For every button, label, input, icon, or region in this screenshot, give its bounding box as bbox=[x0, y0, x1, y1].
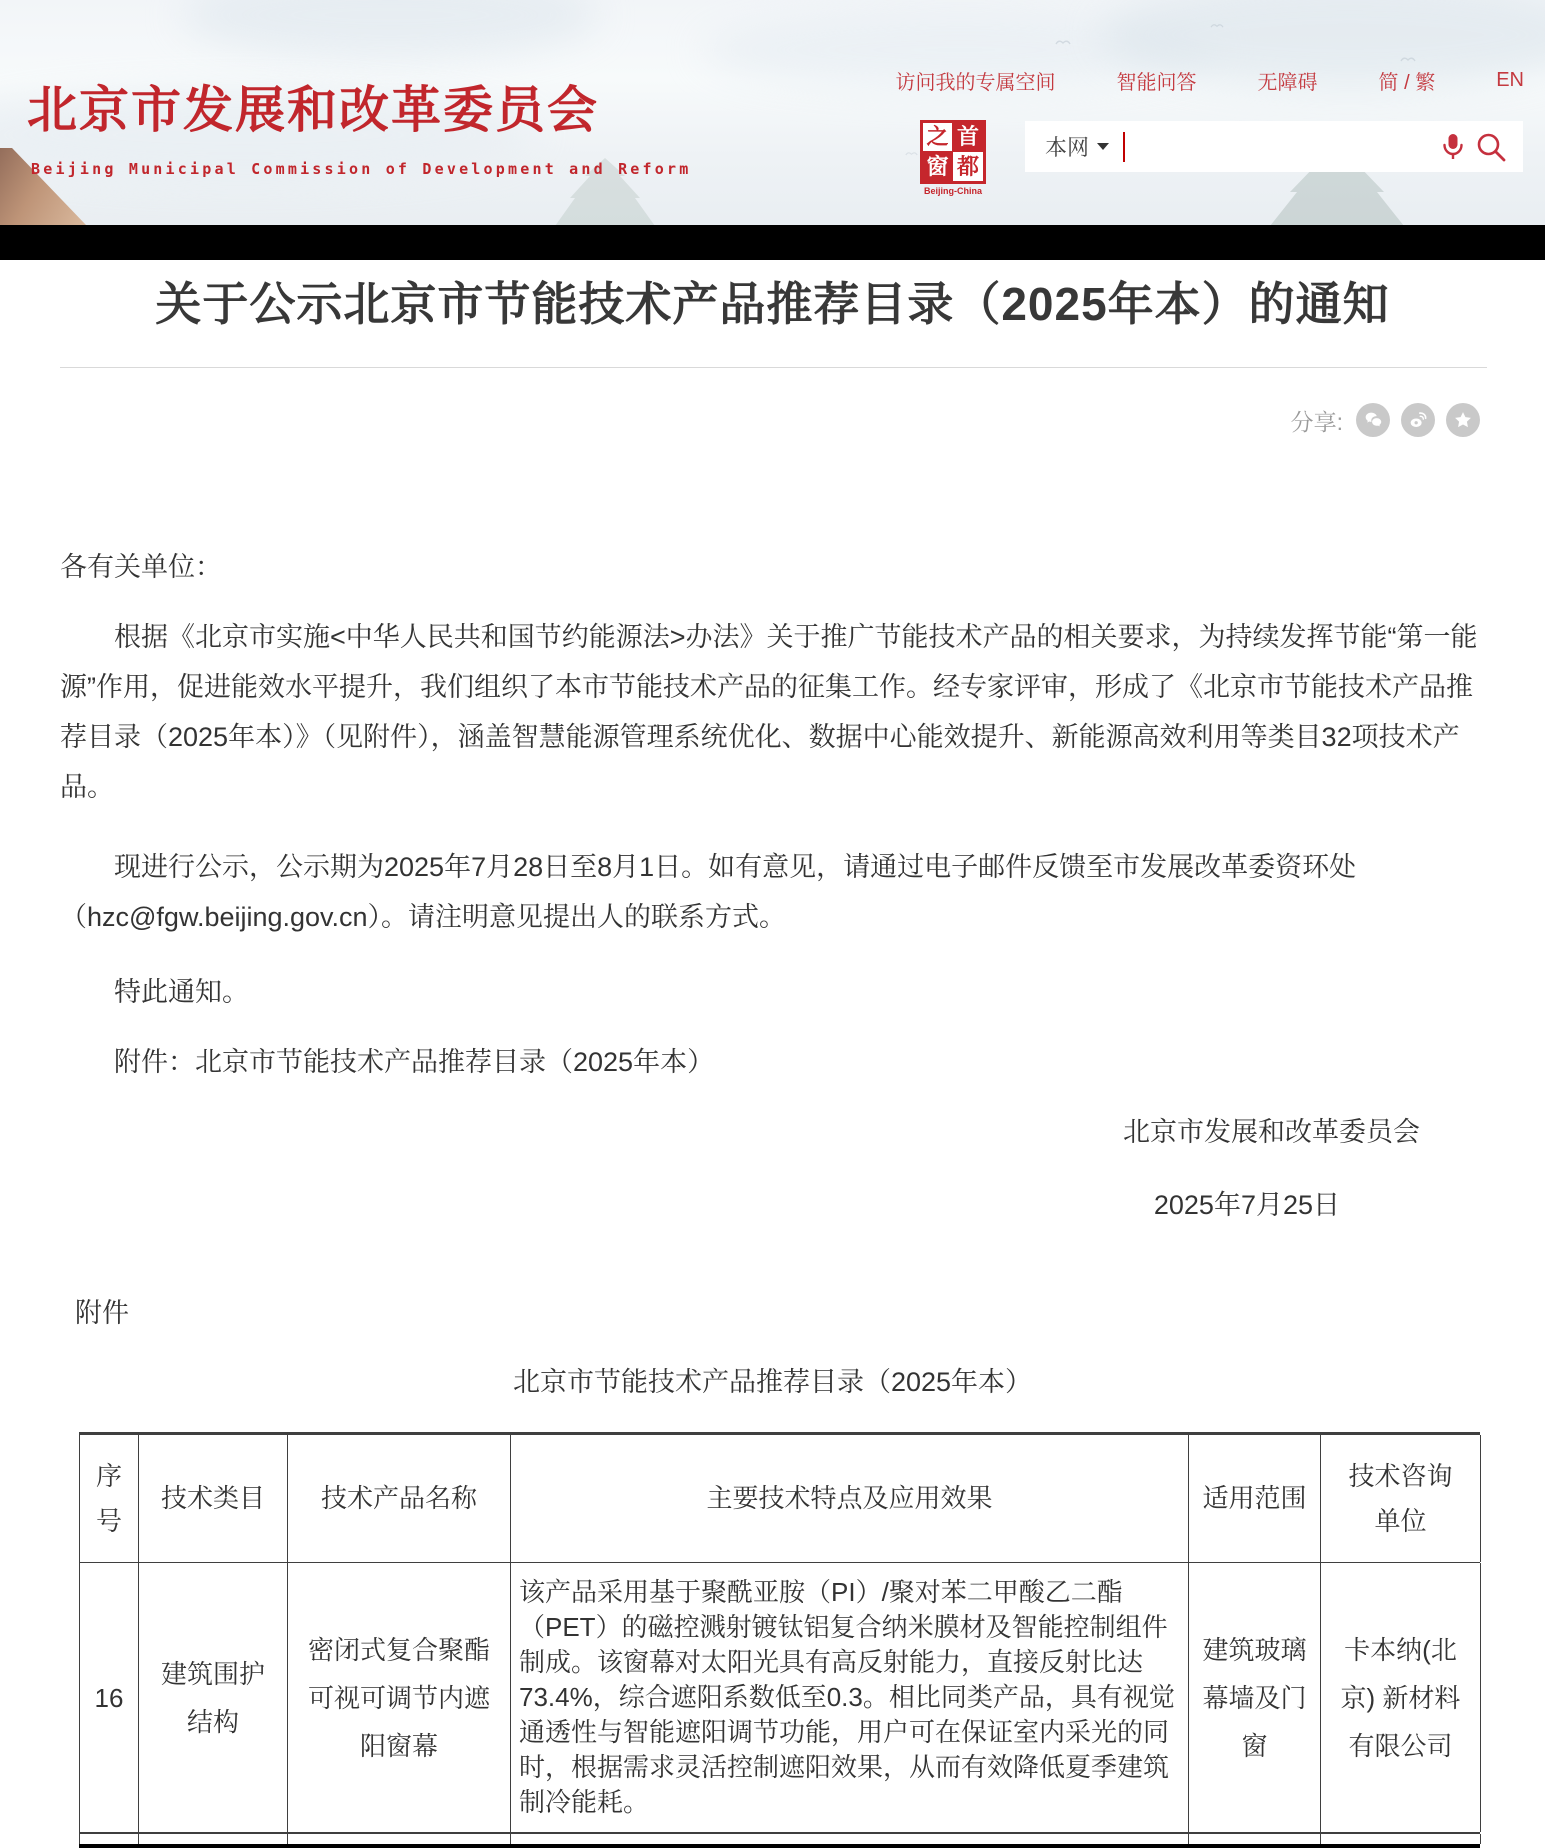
cell-seq: 16 bbox=[80, 1563, 139, 1832]
table-row: 16 建筑围护结构 密闭式复合聚酯可视可调节内遮阳窗幕 该产品采用基于聚酰亚胺（… bbox=[79, 1563, 1480, 1834]
attachment-label: 附件 bbox=[75, 1288, 375, 1338]
col-header-features: 主要技术特点及应用效果 bbox=[511, 1435, 1189, 1562]
voice-search-button[interactable] bbox=[1441, 133, 1465, 161]
col-header-category: 技术类目 bbox=[139, 1435, 288, 1562]
site-logo-title: 北京市发展和改革委员会 bbox=[27, 70, 691, 142]
cell-features: 该产品采用基于聚酰亚胺（PI）/聚对苯二甲酸乙二酯（PET）的磁控溅射镀钛铝复合… bbox=[511, 1563, 1189, 1832]
bird-decoration bbox=[1055, 38, 1071, 45]
nav-item-simplified-traditional[interactable]: 简 / 繁 bbox=[1379, 66, 1436, 95]
microphone-icon bbox=[1441, 133, 1465, 161]
cloud-decoration bbox=[180, 0, 600, 60]
col-header-scope: 适用范围 bbox=[1189, 1435, 1321, 1562]
seal-char: 都 bbox=[953, 152, 983, 181]
share-toolbar: 分享: bbox=[1291, 403, 1480, 437]
share-weibo-button[interactable] bbox=[1401, 403, 1435, 437]
seal-caption: Beijing-China bbox=[920, 186, 986, 196]
share-favorite-button[interactable] bbox=[1446, 403, 1480, 437]
capital-window-logo[interactable]: 之 首 窗 都 Beijing-China bbox=[920, 120, 986, 196]
top-nav: 访问我的专属空间 智能问答 无障碍 简 / 繁 EN bbox=[896, 66, 1524, 95]
attachment-reference: 附件：北京市节能技术产品推荐目录（2025年本） bbox=[60, 1037, 1488, 1087]
search-icon bbox=[1475, 131, 1507, 163]
wechat-icon bbox=[1362, 409, 1384, 431]
bird-decoration bbox=[1400, 55, 1416, 62]
share-label: 分享: bbox=[1291, 404, 1343, 437]
paragraph-1: 根据《北京市实施<中华人民共和国节约能源法>办法》关于推广节能技术产品的相关要求… bbox=[60, 612, 1488, 812]
chevron-down-icon bbox=[1097, 143, 1109, 150]
share-wechat-button[interactable] bbox=[1356, 403, 1390, 437]
seal-char: 窗 bbox=[923, 152, 953, 181]
bird-decoration bbox=[905, 150, 918, 156]
nav-item-my-space[interactable]: 访问我的专属空间 bbox=[896, 66, 1056, 95]
capital-window-seal: 之 首 窗 都 bbox=[920, 120, 986, 184]
table-title: 北京市节能技术产品推荐目录（2025年本） bbox=[0, 1360, 1545, 1399]
title-divider bbox=[60, 367, 1487, 368]
cell-consultant: 卡本纳(北京) 新材料有限公司 bbox=[1321, 1563, 1481, 1832]
star-icon bbox=[1453, 410, 1473, 430]
col-header-consultant: 技术咨询单位 bbox=[1321, 1435, 1481, 1562]
nav-item-smart-qa[interactable]: 智能问答 bbox=[1117, 66, 1197, 95]
paragraph-2: 现进行公示，公示期为2025年7月28日至8月1日。如有意见，请通过电子邮件反馈… bbox=[60, 842, 1488, 942]
signature: 北京市发展和改革委员会 bbox=[60, 1107, 1488, 1157]
catalog-table: 序号 技术类目 技术产品名称 主要技术特点及应用效果 适用范围 技术咨询单位 1… bbox=[79, 1432, 1480, 1848]
search-input[interactable] bbox=[1125, 135, 1441, 158]
main-menu-bar bbox=[0, 225, 1545, 260]
table-cutoff-bar bbox=[79, 1844, 1480, 1848]
page: 北京市发展和改革委员会 Beijing Municipal Commission… bbox=[0, 0, 1545, 1848]
site-logo-subtitle: Beijing Municipal Commission of Developm… bbox=[31, 160, 691, 178]
nav-item-english[interactable]: EN bbox=[1496, 69, 1524, 92]
article-title: 关于公示北京市节能技术产品推荐目录（2025年本）的通知 bbox=[0, 268, 1545, 334]
cell-category: 建筑围护结构 bbox=[139, 1563, 288, 1832]
seal-char: 之 bbox=[923, 123, 953, 152]
paragraph-3: 特此通知。 bbox=[60, 967, 1488, 1017]
col-header-seq: 序号 bbox=[80, 1435, 139, 1562]
search-bar: 本网 bbox=[1025, 121, 1523, 172]
nav-item-accessibility[interactable]: 无障碍 bbox=[1258, 66, 1318, 95]
search-submit-button[interactable] bbox=[1475, 131, 1507, 163]
site-header: 北京市发展和改革委员会 Beijing Municipal Commission… bbox=[0, 0, 1545, 225]
weibo-icon bbox=[1407, 409, 1429, 431]
search-scope-dropdown[interactable]: 本网 bbox=[1045, 131, 1109, 162]
search-scope-label: 本网 bbox=[1045, 131, 1089, 162]
signature-date: 2025年7月25日 bbox=[60, 1180, 1488, 1230]
bird-decoration bbox=[1210, 22, 1224, 28]
salutation: 各有关单位： bbox=[60, 542, 1488, 592]
col-header-product: 技术产品名称 bbox=[288, 1435, 511, 1562]
table-header-row: 序号 技术类目 技术产品名称 主要技术特点及应用效果 适用范围 技术咨询单位 bbox=[79, 1435, 1480, 1563]
table-row-partial bbox=[79, 1834, 1480, 1844]
cell-product: 密闭式复合聚酯可视可调节内遮阳窗幕 bbox=[288, 1563, 511, 1832]
seal-char: 首 bbox=[953, 123, 983, 152]
site-logo[interactable]: 北京市发展和改革委员会 Beijing Municipal Commission… bbox=[27, 70, 691, 178]
cell-scope: 建筑玻璃幕墙及门窗 bbox=[1189, 1563, 1321, 1832]
